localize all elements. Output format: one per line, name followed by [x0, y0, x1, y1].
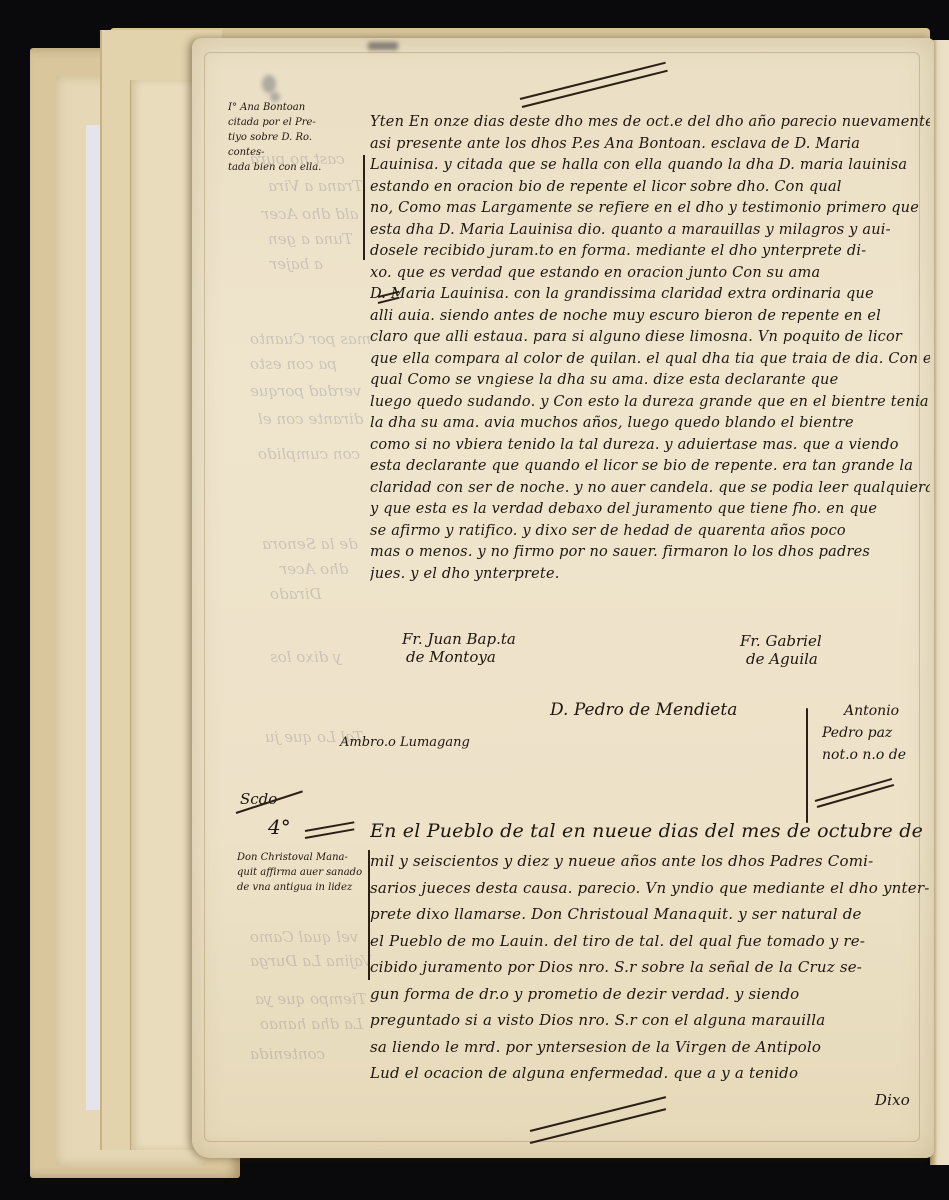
- text-line: jues. y el dho ynterprete.: [370, 564, 930, 586]
- margin-note-number: 4°: [268, 815, 291, 839]
- text-line: mil y seiscientos y diez y nueue años an…: [370, 848, 930, 875]
- margin-note-line: quit affirma auer sanado: [237, 865, 377, 880]
- bleed-through-text: Vajina La Durga: [250, 952, 372, 970]
- text-line: no, Como mas Largamente se refiere en el…: [370, 198, 930, 220]
- bleed-through-text: y dixo los: [270, 648, 341, 666]
- text-line: y que esta es la verdad debaxo del juram…: [370, 499, 930, 521]
- text-line: sarios jueces desta causa. parecio. Vn y…: [370, 875, 930, 902]
- signature-lumagang: Ambro.o Lumagang: [340, 735, 470, 750]
- margin-note-line: I° Ana Bontoan: [228, 100, 348, 115]
- signature-aguila: Fr. Gabriel de Aguila: [740, 632, 822, 668]
- text-line: que ella compara al color de quilan. el …: [370, 349, 930, 371]
- margin-note-top: I° Ana Bontoan citada por el Pre- tiyo s…: [228, 100, 348, 175]
- signature-montoya: Fr. Juan Bap.ta de Montoya: [402, 630, 516, 666]
- testimony-1: Yten En onze dias deste dho mes de oct.e…: [370, 112, 930, 585]
- bleed-through-text: dirante con el: [258, 410, 363, 428]
- bleed-through-text: ald dho Acer: [262, 205, 358, 223]
- text-line: dosele recibido juram.to en forma. media…: [370, 241, 930, 263]
- text-line: alli auia. siendo antes de noche muy esc…: [370, 306, 930, 328]
- text-line: qual Como se vngiese la dha su ama. dize…: [370, 370, 930, 392]
- bleed-through-text: mas por Cuanto: [250, 330, 371, 348]
- text-line: claro que alli estaua. para si alguno di…: [370, 327, 930, 349]
- bleed-through-text: La dha hanao: [260, 1015, 363, 1033]
- margin-note-line: de vna antigua in lidez: [237, 880, 377, 895]
- bleed-through-text: Tiempo que ya: [255, 990, 367, 1008]
- text-line: prete dixo llamarse. Don Christoual Mana…: [370, 901, 930, 928]
- margin-note-bottom: Don Christoval Mana- quit affirma auer s…: [237, 850, 377, 895]
- bleed-through-text: a bajer: [270, 255, 323, 273]
- text-line: cibido juramento por Dios nro. S.r sobre…: [370, 954, 930, 981]
- text-line: Lud el ocacion de alguna enfermedad. que…: [370, 1060, 930, 1087]
- text-line: D. Maria Lauinisa. con la grandissima cl…: [370, 284, 930, 306]
- bleed-through-text: vel qual Camo: [250, 928, 358, 946]
- text-line: mas o menos. y no firmo por no sauer. fi…: [370, 542, 930, 564]
- testimony-2: En el Pueblo de tal en nueue dias del me…: [370, 818, 930, 1113]
- text-line: esta dha D. Maria Lauinisa dio. quanto a…: [370, 220, 930, 242]
- bleed-through-text: Tuna a gen: [268, 230, 353, 248]
- bleed-through-text: Trana a Vira: [268, 177, 363, 195]
- text-line: claridad con ser de noche. y no auer can…: [370, 478, 930, 500]
- text-line: preguntado si a visto Dios nro. S.r con …: [370, 1007, 930, 1034]
- signature-bracket: [806, 708, 808, 823]
- signature-notary: Antonio Pedro paz not.o n.o de: [822, 700, 906, 766]
- text-line: se afirmo y ratifico. y dixo ser de heda…: [370, 521, 930, 543]
- margin-note-line: citada por el Pre-: [228, 115, 348, 130]
- bleed-through-text: contenida: [250, 1045, 325, 1063]
- bleed-through-text: dho Acer: [280, 560, 348, 578]
- text-line: la dha su ama. avia muchos años, luego q…: [370, 413, 930, 435]
- text-line: estando en oracion bio de repente el lic…: [370, 177, 930, 199]
- margin-rule: [363, 155, 365, 260]
- signature-mendieta: D. Pedro de Mendieta: [550, 700, 737, 720]
- text-line: gun forma de dr.o y prometio de dezir ve…: [370, 981, 930, 1008]
- margin-note-line: Don Christoval Mana-: [237, 850, 377, 865]
- bleed-through-text: de la Senora: [262, 535, 358, 553]
- text-line: como si no vbiera tenido la tal dureza. …: [370, 435, 930, 457]
- margin-note-line: tiyo sobre D. Ro. contes-: [228, 130, 348, 160]
- bleed-through-text: con cumplido: [258, 445, 360, 463]
- text-line: esta declarante que quando el licor se b…: [370, 456, 930, 478]
- bleed-through-text: Dirado: [270, 585, 322, 603]
- text-line: el Pueblo de mo Lauin. del tiro de tal. …: [370, 928, 930, 955]
- text-line: asi presente ante los dhos P.es Ana Bont…: [370, 134, 930, 156]
- bleed-through-text: verdad porque: [250, 382, 361, 400]
- text-line: Yten En onze dias deste dho mes de oct.e…: [370, 112, 930, 134]
- ink-stain: [262, 75, 276, 93]
- margin-note-line: tada bien con ella.: [228, 160, 348, 175]
- text-line: Lauinisa. y citada que se halla con ella…: [370, 155, 930, 177]
- text-line: En el Pueblo de tal en nueue dias del me…: [370, 818, 930, 848]
- text-line: sa liendo le mrd. por yntersesion de la …: [370, 1034, 930, 1061]
- bleed-through-text: pa con esto: [250, 355, 337, 373]
- text-line: luego quedo sudando. y Con esto la durez…: [370, 392, 930, 414]
- text-line: xo. que es verdad que estando en oracion…: [370, 263, 930, 285]
- ink-stain: [368, 42, 398, 50]
